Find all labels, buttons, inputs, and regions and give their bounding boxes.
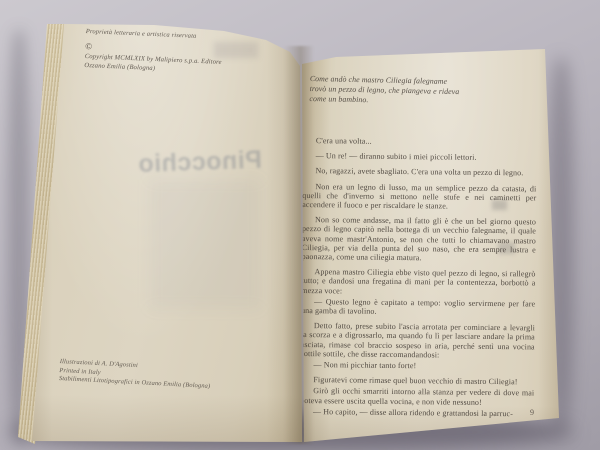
rights-notice: Proprietà letteraria e artistica riserva…: [86, 28, 266, 43]
body-paragraph: Detto fatto, prese subito l'ascia arrota…: [301, 321, 535, 360]
body-paragraph: — Questo legno è capitato a tempo: vogli…: [301, 297, 535, 318]
right-page: Come andò che mastro Ciliegia falegnamet…: [296, 44, 562, 446]
print-credits: Illustrazioni di A. D'AgostiniPrinted in…: [59, 358, 270, 395]
showthrough-smudge: [150, 180, 260, 308]
showthrough-title: Pinocchio: [131, 146, 262, 187]
chapter-epigraph: Come andò che mastro Ciliegia falegnamet…: [309, 74, 500, 109]
body-paragraph: Non era un legno di lusso, ma un semplic…: [302, 182, 536, 212]
body-paragraph: Girò gli occhi smarriti intorno alla sta…: [300, 386, 534, 407]
body-paragraph: — Un re! — diranno subito i miei piccoli…: [303, 151, 537, 163]
body-paragraph: — Non mi picchiar tanto forte!: [300, 360, 534, 372]
left-page: Proprietà letteraria e artistica riserva…: [24, 20, 306, 446]
body-paragraph: Non so come andasse, ma il fatto gli è c…: [302, 215, 536, 263]
body-paragraph: No, ragazzi, avete sbagliato. C'era una …: [303, 166, 537, 178]
body-text: C'era una volta...— Un re! — diranno sub…: [300, 130, 537, 419]
body-paragraph: — Ho capito, — disse allora ridendo e gr…: [300, 407, 534, 419]
book-photo: Proprietà letteraria e artistica riserva…: [0, 0, 600, 450]
body-paragraph: Appena mastro Ciliegia ebbe visto quel p…: [301, 267, 535, 297]
body-paragraph: Figuratevi come rimase quel buon vecchio…: [300, 375, 534, 387]
body-paragraph: C'era una volta...: [303, 136, 537, 148]
page-number: 9: [530, 408, 534, 417]
front-matter-block: Proprietà letteraria e artistica riserva…: [84, 28, 266, 77]
